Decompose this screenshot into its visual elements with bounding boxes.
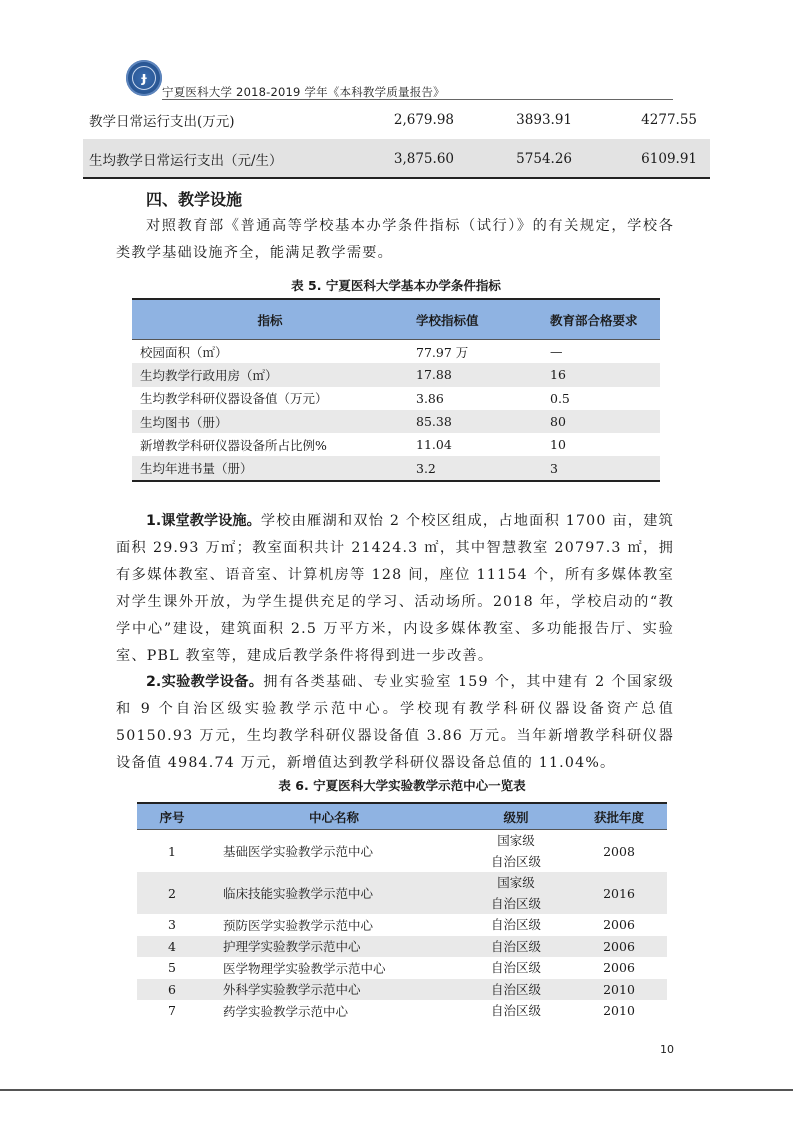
- cell-center-name: 预防医学实验教学示范中心: [207, 914, 461, 936]
- cell-center-name: 临床技能实验教学示范中心: [207, 872, 461, 914]
- cell-year: 2010: [571, 979, 667, 1001]
- cell-school-value: 11.04: [408, 433, 546, 456]
- cell-value: 4277.55: [572, 100, 710, 139]
- paragraph-lead: 1.课堂教学设施。: [146, 513, 261, 529]
- table6-demo-centers: 序号 中心名称 级别 获批年度 1 基础医学实验教学示范中心 国家级自治区级 2…: [137, 802, 667, 1022]
- cell-value: 6109.91: [572, 139, 710, 178]
- cell-level: 国家级自治区级: [461, 830, 571, 873]
- cell-requirement: 0.5: [546, 387, 660, 410]
- page-number: 10: [660, 1043, 674, 1056]
- cell-indicator: 生均教学行政用房（㎡）: [132, 363, 408, 386]
- row-label: 生均教学日常运行支出（元/生）: [83, 139, 331, 178]
- cell-year: 2006: [571, 957, 667, 979]
- cell-school-value: 3.86: [408, 387, 546, 410]
- cell-requirement: 16: [546, 363, 660, 386]
- table6-caption: 表 6. 宁夏医科大学实验教学示范中心一览表: [137, 776, 667, 794]
- table-bottom-border: [83, 177, 710, 179]
- column-header: 级别: [461, 803, 571, 830]
- table-row: 教学日常运行支出(万元) 2,679.98 3893.91 4277.55: [83, 100, 710, 139]
- cell-level: 自治区级: [461, 914, 571, 936]
- table5-caption: 表 5. 宁夏医科大学基本办学条件指标: [132, 276, 660, 294]
- cell-center-name: 外科学实验教学示范中心: [207, 979, 461, 1001]
- cell-level: 自治区级: [461, 936, 571, 958]
- cell-level: 自治区级: [461, 1000, 571, 1022]
- table-row: 生均教学行政用房（㎡） 17.88 16: [132, 363, 660, 386]
- cell-level: 自治区级: [461, 979, 571, 1001]
- table-row: 4 护理学实验教学示范中心 自治区级 2006: [137, 936, 667, 958]
- cell-level: 国家级自治区级: [461, 872, 571, 914]
- cell-indicator: 生均图书（册）: [132, 410, 408, 433]
- table-row: 7 药学实验教学示范中心 自治区级 2010: [137, 1000, 667, 1022]
- column-header: 指标: [132, 299, 408, 340]
- cell-indicator: 校园面积（㎡）: [132, 340, 408, 364]
- cell-requirement: 10: [546, 433, 660, 456]
- column-header: 学校指标值: [408, 299, 546, 340]
- cell-no: 7: [137, 1000, 207, 1022]
- cell-year: 2008: [571, 830, 667, 873]
- section-heading: 四、教学设施: [146, 187, 242, 210]
- running-header-title: 宁夏医科大学 2018-2019 学年《本科教学质量报告》: [162, 84, 445, 100]
- cell-school-value: 17.88: [408, 363, 546, 386]
- table5-basic-conditions: 指标 学校指标值 教育部合格要求 校园面积（㎡） 77.97 万 — 生均教学行…: [132, 298, 660, 482]
- table-header-row: 指标 学校指标值 教育部合格要求: [132, 299, 660, 340]
- cell-center-name: 医学物理学实验教学示范中心: [207, 957, 461, 979]
- column-header: 教育部合格要求: [546, 299, 660, 340]
- table-row: 新增教学科研仪器设备所占比例% 11.04 10: [132, 433, 660, 456]
- cell-no: 6: [137, 979, 207, 1001]
- cell-indicator: 生均教学科研仪器设备值（万元）: [132, 387, 408, 410]
- cell-year: 2010: [571, 1000, 667, 1022]
- column-header: 序号: [137, 803, 207, 830]
- level-line: 国家级: [461, 830, 571, 851]
- table-row: 生均教学科研仪器设备值（万元） 3.86 0.5: [132, 387, 660, 410]
- university-emblem-icon: ɟ: [126, 60, 162, 96]
- table-row: 生均教学日常运行支出（元/生） 3,875.60 5754.26 6109.91: [83, 139, 710, 178]
- cell-year: 2006: [571, 936, 667, 958]
- table-row: 6 外科学实验教学示范中心 自治区级 2010: [137, 979, 667, 1001]
- lab-equipment-paragraph: 2.实验教学设备。拥有各类基础、专业实验室 159 个，其中建有 2 个国家级和…: [116, 669, 674, 777]
- row-label: 教学日常运行支出(万元): [83, 100, 331, 139]
- table-row: 1 基础医学实验教学示范中心 国家级自治区级 2008: [137, 830, 667, 873]
- column-header: 获批年度: [571, 803, 667, 830]
- level-line: 自治区级: [461, 893, 571, 914]
- cell-indicator: 新增教学科研仪器设备所占比例%: [132, 433, 408, 456]
- table-row: 校园面积（㎡） 77.97 万 —: [132, 340, 660, 364]
- paragraph-body: 学校由雁湖和双怡 2 个校区组成，占地面积 1700 亩，建筑面积 29.93 …: [116, 513, 674, 664]
- cell-no: 1: [137, 830, 207, 873]
- paragraph-lead: 2.实验教学设备。: [146, 674, 263, 690]
- footer-divider: [0, 1089, 793, 1091]
- cell-indicator: 生均年进书量（册）: [132, 456, 408, 480]
- cell-no: 2: [137, 872, 207, 914]
- cell-no: 5: [137, 957, 207, 979]
- cell-requirement: 80: [546, 410, 660, 433]
- cell-center-name: 药学实验教学示范中心: [207, 1000, 461, 1022]
- cell-center-name: 护理学实验教学示范中心: [207, 936, 461, 958]
- cell-no: 3: [137, 914, 207, 936]
- cell-value: 2,679.98: [331, 100, 454, 139]
- table-row: 5 医学物理学实验教学示范中心 自治区级 2006: [137, 957, 667, 979]
- cell-center-name: 基础医学实验教学示范中心: [207, 830, 461, 873]
- cell-value: 3893.91: [454, 100, 572, 139]
- table-row: 生均图书（册） 85.38 80: [132, 410, 660, 433]
- cell-school-value: 3.2: [408, 456, 546, 480]
- cell-no: 4: [137, 936, 207, 958]
- cell-requirement: 3: [546, 456, 660, 480]
- table-header-row: 序号 中心名称 级别 获批年度: [137, 803, 667, 830]
- cell-school-value: 77.97 万: [408, 340, 546, 364]
- level-line: 自治区级: [461, 851, 571, 872]
- cell-year: 2016: [571, 872, 667, 914]
- classroom-facilities-paragraph: 1.课堂教学设施。学校由雁湖和双怡 2 个校区组成，占地面积 1700 亩，建筑…: [116, 508, 674, 670]
- cell-value: 5754.26: [454, 139, 572, 178]
- cell-school-value: 85.38: [408, 410, 546, 433]
- column-header: 中心名称: [207, 803, 461, 830]
- level-line: 国家级: [461, 872, 571, 893]
- cell-requirement: —: [546, 340, 660, 364]
- expenditure-table-continued: 教学日常运行支出(万元) 2,679.98 3893.91 4277.55 生均…: [83, 100, 710, 178]
- cell-level: 自治区级: [461, 957, 571, 979]
- emblem-glyph: ɟ: [132, 66, 156, 90]
- table-row: 3 预防医学实验教学示范中心 自治区级 2006: [137, 914, 667, 936]
- table-row: 生均年进书量（册） 3.2 3: [132, 456, 660, 480]
- table-row: 2 临床技能实验教学示范中心 国家级自治区级 2016: [137, 872, 667, 914]
- cell-year: 2006: [571, 914, 667, 936]
- intro-paragraph: 对照教育部《普通高等学校基本办学条件指标（试行）》的有关规定，学校各类教学基础设…: [116, 213, 674, 267]
- cell-value: 3,875.60: [331, 139, 454, 178]
